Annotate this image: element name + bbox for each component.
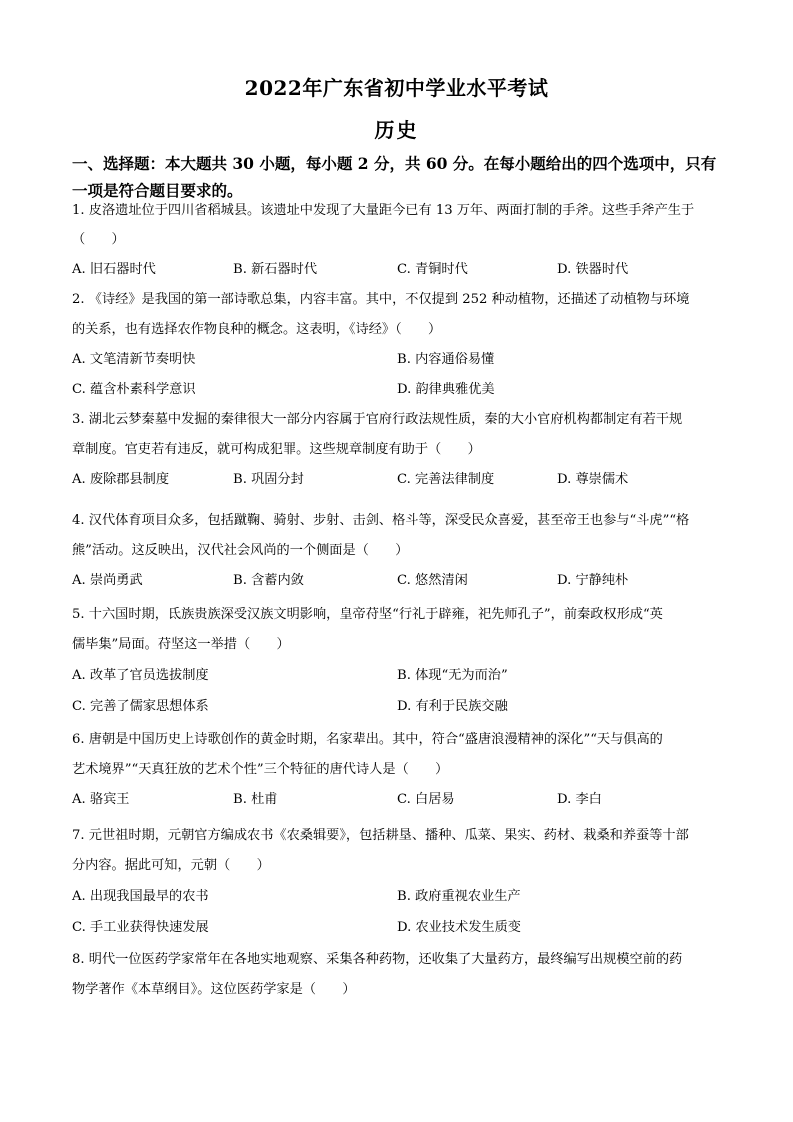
question-text: 3. 湖北云梦秦墓中发掘的秦律很大一部分内容属于官府行政法规性质，秦的大小官府机… <box>72 410 732 430</box>
option-d: D. 宁静纯朴 <box>557 571 628 591</box>
question-text: 7. 元世祖时期，元朝官方编成农书《农桑辑要》，包括耕垦、播种、瓜菜、果实、药材… <box>72 826 732 846</box>
subject-title: 历史 <box>0 114 793 143</box>
option-a: A. 文笔清新节奏明快 <box>72 350 195 370</box>
option-d: D. 尊崇儒术 <box>557 470 628 490</box>
option-c: C. 悠然清闲 <box>397 571 468 591</box>
option-b: B. 政府重视农业生产 <box>397 887 521 907</box>
option-d: D. 有利于民族交融 <box>397 697 508 717</box>
question-text: 艺术境界”“天真狂放的艺术个性”三个特征的唐代诗人是（ ） <box>72 760 732 780</box>
option-a: A. 改革了官员选拔制度 <box>72 666 209 686</box>
question-text: 1. 皮洛遗址位于四川省稻城县。该遗址中发现了大量距今已有 13 万年、两面打制… <box>72 201 732 221</box>
option-c: C. 青铜时代 <box>397 260 468 280</box>
section-instructions-line-2: 一项是符合题目要求的。 <box>72 177 722 204</box>
option-c: C. 蕴含朴素科学意识 <box>72 380 196 400</box>
question-text: 章制度。官吏若有违反，就可构成犯罪。这些规章制度有助于（ ） <box>72 440 732 460</box>
option-a: A. 旧石器时代 <box>72 260 156 280</box>
option-d: D. 农业技术发生质变 <box>397 918 521 938</box>
option-d: D. 韵律典雅优美 <box>397 380 495 400</box>
option-c: C. 白居易 <box>397 790 455 810</box>
option-d: D. 铁器时代 <box>557 260 628 280</box>
question-text: 2. 《诗经》是我国的第一部诗歌总集，内容丰富。其中，不仅提到 252 种动植物… <box>72 290 732 310</box>
question-text: （ ） <box>72 230 732 250</box>
question-text: 熊”活动。这反映出，汉代社会风尚的一个侧面是（ ） <box>72 541 732 561</box>
option-c: C. 完善法律制度 <box>397 470 494 490</box>
question-text: 4. 汉代体育项目众多，包括蹴鞠、骑射、步射、击剑、格斗等，深受民众喜爱，甚至帝… <box>72 511 732 531</box>
question-text: 5. 十六国时期，氐族贵族深受汉族文明影响，皇帝苻坚“行礼于辟雍，祀先师孔子”，… <box>72 605 732 625</box>
option-d: D. 李白 <box>557 790 602 810</box>
question-text: 物学著作《本草纲目》。这位医药学家是（ ） <box>72 980 732 1000</box>
option-b: B. 含蓄内敛 <box>233 571 304 591</box>
option-a: A. 出现我国最早的农书 <box>72 887 209 907</box>
option-c: C. 完善了儒家思想体系 <box>72 697 209 717</box>
option-b: B. 体现“无为而治” <box>397 666 508 686</box>
question-text: 的关系，也有选择农作物良种的概念。这表明，《诗经》（ ） <box>72 320 732 340</box>
option-a: A. 废除郡县制度 <box>72 470 169 490</box>
option-b: B. 巩固分封 <box>233 470 304 490</box>
option-a: A. 骆宾王 <box>72 790 129 810</box>
question-text: 6. 唐朝是中国历史上诗歌创作的黄金时期，名家辈出。其中，符合“盛唐浪漫精神的深… <box>72 730 732 750</box>
question-text: 分内容。据此可知，元朝（ ） <box>72 856 732 876</box>
exam-title: 2022年广东省初中学业水平考试 <box>0 72 793 101</box>
question-text: 儒毕集”局面。苻坚这一举措（ ） <box>72 635 732 655</box>
exam-page: 2022年广东省初中学业水平考试 历史 一、选择题：本大题共 30 小题，每小题… <box>0 0 793 1122</box>
section-instructions-line-1: 一、选择题：本大题共 30 小题，每小题 2 分，共 60 分。在每小题给出的四… <box>72 150 722 177</box>
option-b: B. 新石器时代 <box>233 260 317 280</box>
option-c: C. 手工业获得快速发展 <box>72 918 209 938</box>
option-b: B. 内容通俗易懂 <box>397 350 494 370</box>
option-a: A. 崇尚勇武 <box>72 571 143 591</box>
option-b: B. 杜甫 <box>233 790 277 810</box>
question-text: 8. 明代一位医药学家常年在各地实地观察、采集各种药物，还收集了大量药方，最终编… <box>72 950 732 970</box>
